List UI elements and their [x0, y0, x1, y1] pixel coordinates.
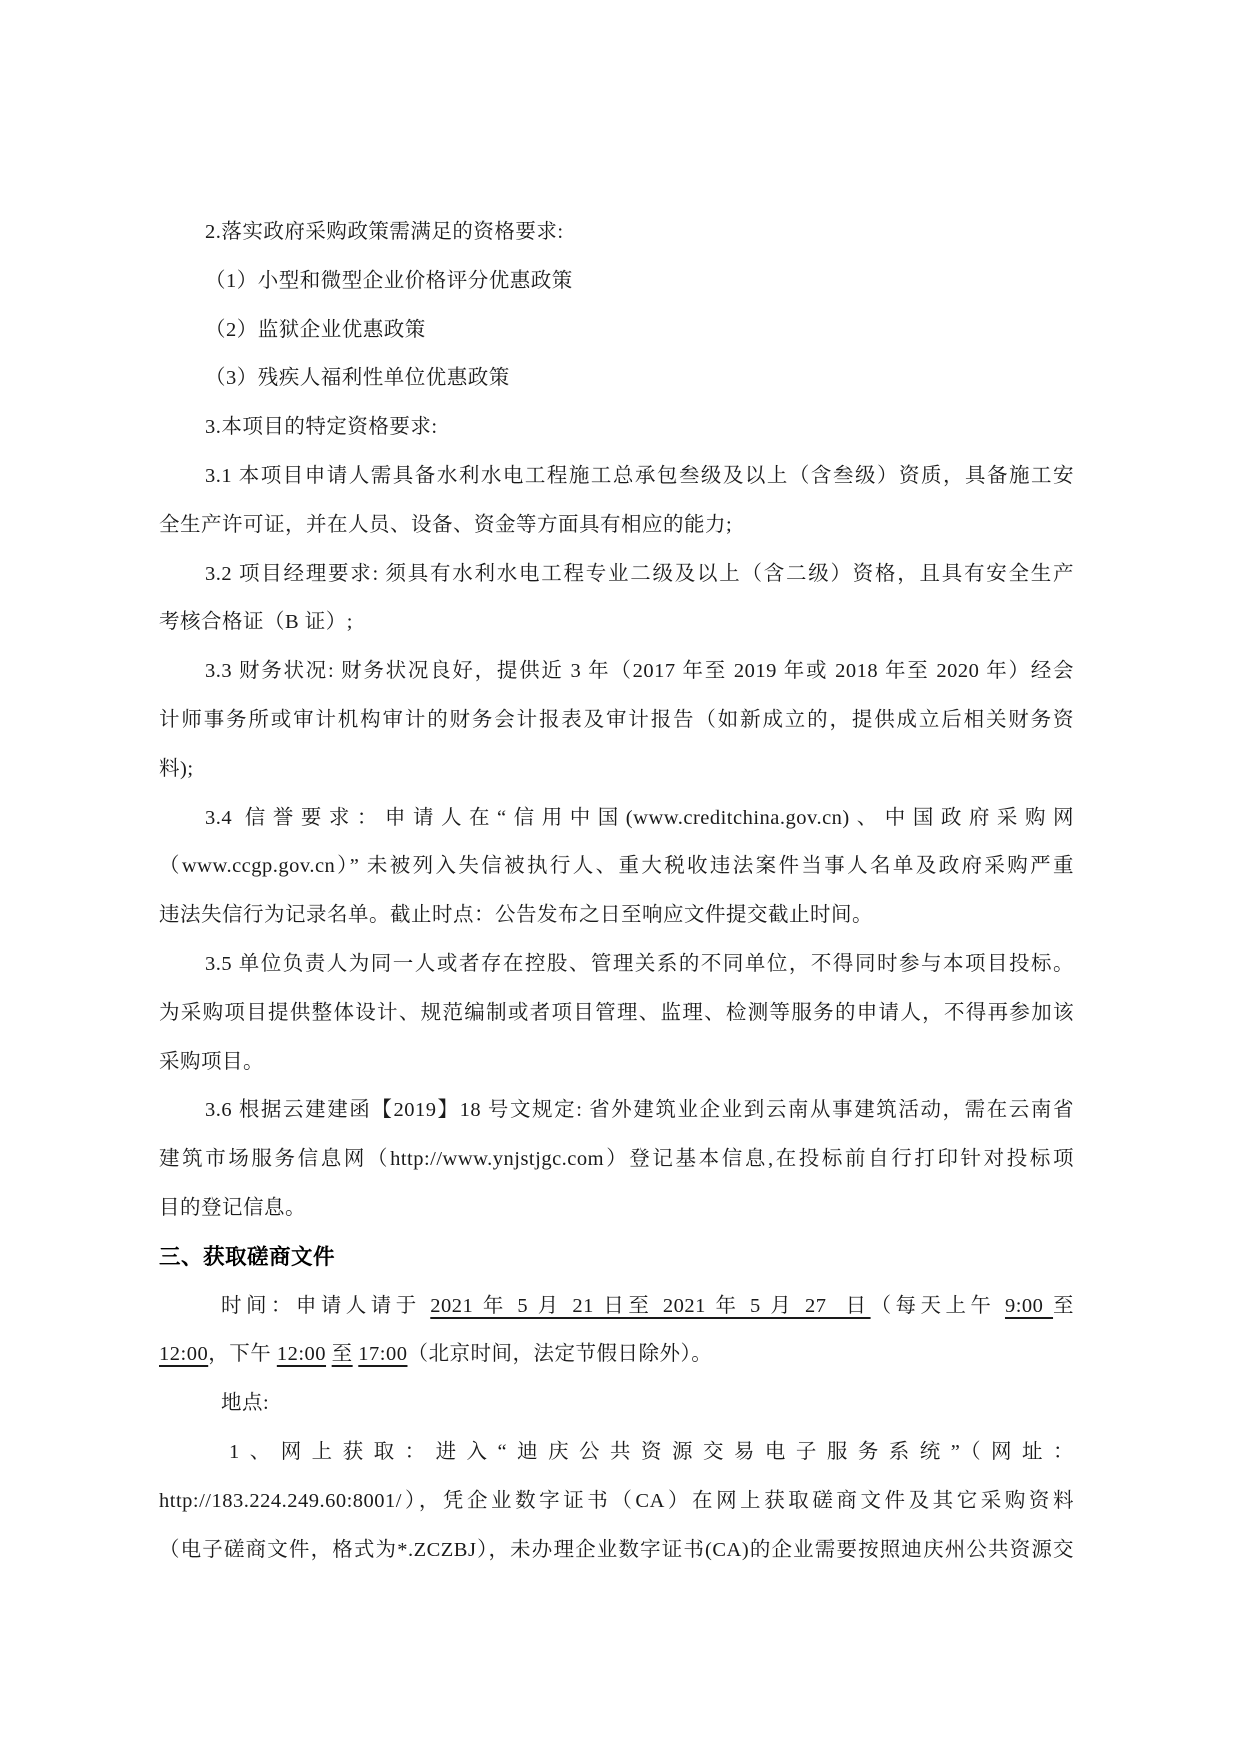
text-run: 时间：申请人请于 — [221, 1295, 430, 1317]
para-3-heading: 3.本项目的特定资格要求: — [159, 403, 1074, 452]
underlined-value: 12:00 — [159, 1343, 208, 1365]
text-run: 地点: — [221, 1392, 269, 1414]
text-run: 计师事务所或审计机构审计的财务会计报表及审计报告（如新成立的，提供成立后相关财务… — [159, 709, 1074, 731]
text-run: 目的登记信息。 — [159, 1197, 306, 1219]
text-run: （电子磋商文件，格式为*.ZCZBJ），未办理企业数字证书(CA)的企业需要按照… — [159, 1539, 1074, 1561]
text-run: 3.3 财务状况: 财务状况良好，提供近 3 年（2017 年至 2019 年或… — [205, 660, 1074, 682]
text-run: 全生产许可证，并在人员、设备、资金等方面具有相应的能力; — [159, 514, 732, 536]
underlined-value: 9:00 — [1005, 1295, 1053, 1317]
text-run: 料); — [159, 758, 194, 780]
location-label: 地点: — [159, 1379, 1074, 1428]
time-line-2: 12:00，下午 12:00 至 17:00（北京时间，法定节假日除外）。 — [159, 1330, 1074, 1379]
text-run: 2.落实政府采购政策需满足的资格要求: — [205, 221, 564, 243]
text-run: 3.1 本项目申请人需具备水利水电工程施工总承包叁级及以上（含叁级）资质，具备施… — [205, 465, 1074, 487]
underlined-value: 12:00 — [277, 1343, 326, 1365]
para-3-3-line-2: 计师事务所或审计机构审计的财务会计报表及审计报告（如新成立的，提供成立后相关财务… — [159, 696, 1074, 745]
text-run: （每天上午 — [871, 1295, 1005, 1317]
text-run: 3.本项目的特定资格要求: — [205, 416, 438, 438]
para-3-6-line-2: 建筑市场服务信息网（http://www.ynjstjgc.com）登记基本信息… — [159, 1135, 1074, 1184]
policy-item-3: （3）残疾人福利性单位优惠政策 — [159, 354, 1074, 403]
text-run: 采购项目。 — [159, 1051, 264, 1073]
underlined-value: 17:00 — [358, 1343, 407, 1365]
policy-item-1: （1）小型和微型企业价格评分优惠政策 — [159, 257, 1074, 306]
para-3-6-line-3: 目的登记信息。 — [159, 1184, 1074, 1233]
underlined-value: 至 — [332, 1343, 353, 1365]
text-run: 3.6 根据云建建函【2019】18 号文规定: 省外建筑业企业到云南从事建筑活… — [205, 1099, 1074, 1121]
text-run: （3）残疾人福利性单位优惠政策 — [205, 367, 510, 389]
section-heading-obtain-documents: 三、获取磋商文件 — [159, 1233, 1074, 1282]
para-3-2-line-2: 考核合格证（B 证）; — [159, 598, 1074, 647]
time-line-1: 时间：申请人请于 2021 年 5 月 21 日至 2021 年 5 月 27 … — [159, 1282, 1074, 1331]
text-run: 3.4 信誉要求：申请人在“信用中国(www.creditchina.gov.c… — [205, 807, 1074, 829]
text-run: 三、获取磋商文件 — [159, 1245, 335, 1269]
text-run: 建筑市场服务信息网（http://www.ynjstjgc.com）登记基本信息… — [159, 1148, 1074, 1170]
text-run: （2）监狱企业优惠政策 — [205, 319, 426, 341]
para-3-5-line-2: 为采购项目提供整体设计、规范编制或者项目管理、监理、检测等服务的申请人，不得再参… — [159, 989, 1074, 1038]
para-2-heading: 2.落实政府采购政策需满足的资格要求: — [159, 208, 1074, 257]
para-3-4-line-1: 3.4 信誉要求：申请人在“信用中国(www.creditchina.gov.c… — [159, 794, 1074, 843]
text-run: 3.2 项目经理要求: 须具有水利水电工程专业二级及以上（含二级）资格，且具有安… — [205, 563, 1074, 585]
para-3-1-line-2: 全生产许可证，并在人员、设备、资金等方面具有相应的能力; — [159, 501, 1074, 550]
text-run: ，下午 — [208, 1343, 277, 1365]
underlined-value: 2021 年 5 月 21 日至 2021 年 5 月 27 日 — [430, 1295, 870, 1317]
document-content: 2.落实政府采购政策需满足的资格要求:（1）小型和微型企业价格评分优惠政策（2）… — [159, 208, 1074, 1574]
online-obtain-line-2: http://183.224.249.60:8001/），凭企业数字证书（CA）… — [159, 1477, 1074, 1526]
text-run: （北京时间，法定节假日除外）。 — [407, 1343, 712, 1365]
para-3-1-line-1: 3.1 本项目申请人需具备水利水电工程施工总承包叁级及以上（含叁级）资质，具备施… — [159, 452, 1074, 501]
text-run: 为采购项目提供整体设计、规范编制或者项目管理、监理、检测等服务的申请人，不得再参… — [159, 1002, 1074, 1024]
document-page: 2.落实政府采购政策需满足的资格要求:（1）小型和微型企业价格评分优惠政策（2）… — [0, 0, 1241, 1754]
para-3-5-line-1: 3.5 单位负责人为同一人或者存在控股、管理关系的不同单位，不得同时参与本项目投… — [159, 940, 1074, 989]
text-run: （www.ccgp.gov.cn）” 未被列入失信被执行人、重大税收违法案件当事… — [159, 855, 1074, 877]
online-obtain-line-3: （电子磋商文件，格式为*.ZCZBJ），未办理企业数字证书(CA)的企业需要按照… — [159, 1526, 1074, 1575]
text-run: （1）小型和微型企业价格评分优惠政策 — [205, 270, 573, 292]
para-3-3-line-1: 3.3 财务状况: 财务状况良好，提供近 3 年（2017 年至 2019 年或… — [159, 647, 1074, 696]
text-run: http://183.224.249.60:8001/），凭企业数字证书（CA）… — [159, 1490, 1074, 1512]
text-run: 3.5 单位负责人为同一人或者存在控股、管理关系的不同单位，不得同时参与本项目投… — [205, 953, 1074, 975]
text-run: 考核合格证（B 证）; — [159, 611, 353, 633]
text-run: 违法失信行为记录名单。截止时点：公告发布之日至响应文件提交截止时间。 — [159, 904, 873, 926]
text-run: 1、网上获取：进入“迪庆公共资源交易电子服务系统”（网址： — [229, 1441, 1074, 1463]
para-3-2-line-1: 3.2 项目经理要求: 须具有水利水电工程专业二级及以上（含二级）资格，且具有安… — [159, 550, 1074, 599]
text-run: 至 — [1053, 1295, 1074, 1317]
para-3-4-line-2: （www.ccgp.gov.cn）” 未被列入失信被执行人、重大税收违法案件当事… — [159, 842, 1074, 891]
online-obtain-line-1: 1、网上获取：进入“迪庆公共资源交易电子服务系统”（网址： — [159, 1428, 1074, 1477]
para-3-3-line-3: 料); — [159, 745, 1074, 794]
para-3-4-line-3: 违法失信行为记录名单。截止时点：公告发布之日至响应文件提交截止时间。 — [159, 891, 1074, 940]
policy-item-2: （2）监狱企业优惠政策 — [159, 306, 1074, 355]
para-3-5-line-3: 采购项目。 — [159, 1038, 1074, 1087]
para-3-6-line-1: 3.6 根据云建建函【2019】18 号文规定: 省外建筑业企业到云南从事建筑活… — [159, 1086, 1074, 1135]
